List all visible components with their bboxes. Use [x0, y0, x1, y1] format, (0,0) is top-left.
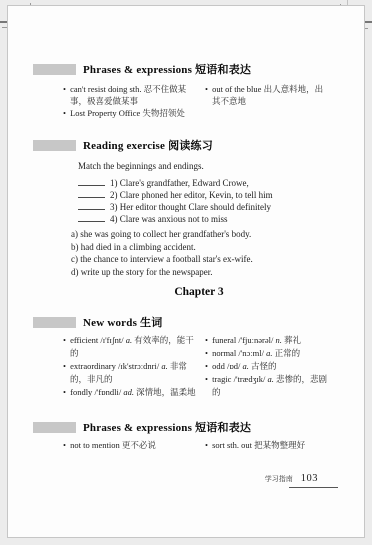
word-pos: a. [266, 348, 272, 358]
word-definition: 深情地，温柔地 [136, 387, 196, 397]
word-phonetic: /'trædʒɪk/ [234, 374, 266, 384]
word-phonetic: /'fjuːnərəl/ [238, 335, 273, 345]
phrase-zh: 失物招领处 [142, 108, 185, 118]
word-term: extraordinary [70, 361, 116, 371]
word-definition: 正常的 [275, 348, 301, 358]
word-definition: 葬礼 [284, 335, 301, 345]
section-title: Reading exercise阅读练习 [83, 137, 213, 153]
phrase-en: can't resist doing sth. [70, 84, 141, 94]
phrase-column-right: • out of the blue 出人意料地，出其不意地 [205, 83, 331, 119]
bullet-marker: • [63, 387, 66, 397]
section-title-en: New words [83, 317, 137, 329]
book-page: Phrases & expressions短语和表达 • can't resis… [7, 5, 365, 538]
bullet-marker: • [205, 335, 208, 345]
section-title-zh: 短语和表达 [195, 64, 251, 76]
footer-book-title: 学习指南 [265, 474, 293, 484]
bullet-marker: • [63, 335, 66, 345]
phrase-en: sort sth. out [212, 440, 252, 450]
match-beginning-row: 3) Her editor thought Clare should defin… [78, 201, 273, 213]
phrase-zh: 把某物整理好 [254, 440, 305, 450]
word-pos: a. [243, 361, 249, 371]
answer-blank [78, 189, 105, 198]
word-pos: a. [161, 361, 167, 371]
page-number: 103 [301, 473, 318, 484]
bullet-marker: • [205, 374, 208, 384]
word-column-left: • efficient /ɪ'fɪʃnt/ a. 有效率的，能干的 • extr… [63, 334, 197, 399]
phrase-column-left: • not to mention 更不必说 [63, 439, 197, 451]
answer-blank [78, 213, 105, 222]
word-pos: a. [126, 335, 132, 345]
phrase-zh: 更不必说 [122, 440, 156, 450]
section-title-zh: 生词 [140, 317, 162, 329]
match-ending-text: a) she was going to collect her grandfat… [71, 228, 253, 241]
section-title-en: Reading exercise [83, 140, 165, 152]
phrase-item: • not to mention 更不必说 [63, 439, 197, 451]
page-number-underline [289, 487, 338, 488]
word-phonetic: /ɪ'fɪʃnt/ [100, 335, 123, 345]
answer-blank [78, 177, 105, 186]
bullet-marker: • [63, 84, 66, 94]
section-title: Phrases & expressions短语和表达 [83, 61, 251, 77]
bullet-marker: • [205, 440, 208, 450]
section-heading-new-words: New words生词 [33, 314, 162, 330]
word-item: • odd /ɒd/ a. 古怪的 [205, 360, 331, 373]
match-ending-text: b) had died in a climbing accident. [71, 241, 253, 254]
word-pos: a. [267, 374, 273, 384]
word-phonetic: /ɪk'strɔːdnri/ [118, 361, 159, 371]
phrase-en: out of the blue [212, 84, 261, 94]
section-title: New words生词 [83, 314, 162, 330]
phrase-en: Lost Property Office [70, 108, 140, 118]
phrase-item: • sort sth. out 把某物整理好 [205, 439, 331, 451]
match-ending-text: d) write up the story for the newspaper. [71, 266, 253, 279]
bullet-marker: • [63, 440, 66, 450]
section-title-zh: 短语和表达 [195, 422, 251, 434]
word-term: tragic [212, 374, 231, 384]
match-beginnings-list: 1) Clare's grandfather, Edward Crowe, 2)… [78, 177, 273, 225]
word-term: efficient [70, 335, 98, 345]
word-phonetic: /'nɔːml/ [238, 348, 264, 358]
word-term: fondly [70, 387, 92, 397]
exercise-instruction: Match the beginnings and endings. [78, 161, 204, 171]
section-label-box [33, 422, 76, 433]
word-term: odd [212, 361, 225, 371]
phrase-item: • out of the blue 出人意料地，出其不意地 [205, 83, 331, 107]
match-beginning-text: 3) Her editor thought Clare should defin… [110, 202, 271, 212]
bullet-marker: • [205, 84, 208, 94]
section-label-box [33, 64, 76, 75]
phrase-list-2: • not to mention 更不必说 • sort sth. out 把某… [63, 439, 331, 451]
phrase-item: • can't resist doing sth. 忍不住做某事，极喜爱做某事 [63, 83, 197, 107]
match-ending-text: c) the chance to interview a football st… [71, 253, 253, 266]
word-phonetic: /'fɒndli/ [94, 387, 121, 397]
phrase-column-left: • can't resist doing sth. 忍不住做某事，极喜爱做某事 … [63, 83, 197, 119]
page-footer: 学习指南 103 [208, 473, 318, 484]
word-pos: ad. [123, 387, 134, 397]
word-term: funeral [212, 335, 236, 345]
new-words-list: • efficient /ɪ'fɪʃnt/ a. 有效率的，能干的 • extr… [63, 334, 331, 399]
section-heading-phrases-2: Phrases & expressions短语和表达 [33, 419, 251, 435]
phrase-list-1: • can't resist doing sth. 忍不住做某事，极喜爱做某事 … [63, 83, 331, 119]
section-label-box [33, 317, 76, 328]
phrase-column-right: • sort sth. out 把某物整理好 [205, 439, 331, 451]
word-term: normal [212, 348, 236, 358]
match-endings-list: a) she was going to collect her grandfat… [71, 228, 253, 278]
answer-blank [78, 201, 105, 210]
section-title-en: Phrases & expressions [83, 422, 192, 434]
match-beginning-row: 4) Clare was anxious not to miss [78, 213, 273, 225]
word-item: • extraordinary /ɪk'strɔːdnri/ a. 非常的，非凡… [63, 360, 197, 386]
section-label-box [33, 140, 76, 151]
bullet-marker: • [63, 361, 66, 371]
bullet-marker: • [205, 361, 208, 371]
word-phonetic: /ɒd/ [227, 361, 240, 371]
match-beginning-row: 2) Clare phoned her editor, Kevin, to te… [78, 189, 273, 201]
bullet-marker: • [205, 348, 208, 358]
section-title-zh: 阅读练习 [168, 140, 213, 152]
bullet-marker: • [63, 108, 66, 118]
section-title: Phrases & expressions短语和表达 [83, 419, 251, 435]
word-pos: n. [275, 335, 281, 345]
word-item: • efficient /ɪ'fɪʃnt/ a. 有效率的，能干的 [63, 334, 197, 360]
match-beginning-row: 1) Clare's grandfather, Edward Crowe, [78, 177, 273, 189]
section-heading-phrases-1: Phrases & expressions短语和表达 [33, 61, 251, 77]
word-item: • funeral /'fjuːnərəl/ n. 葬礼 [205, 334, 331, 347]
phrase-en: not to mention [70, 440, 120, 450]
word-item: • fondly /'fɒndli/ ad. 深情地，温柔地 [63, 386, 197, 399]
section-title-en: Phrases & expressions [83, 64, 192, 76]
word-item: • tragic /'trædʒɪk/ a. 悲惨的，悲剧的 [205, 373, 331, 399]
phrase-item: • Lost Property Office 失物招领处 [63, 107, 197, 119]
word-column-right: • funeral /'fjuːnərəl/ n. 葬礼 • normal /'… [205, 334, 331, 399]
section-heading-reading: Reading exercise阅读练习 [33, 137, 213, 153]
word-item: • normal /'nɔːml/ a. 正常的 [205, 347, 331, 360]
match-beginning-text: 4) Clare was anxious not to miss [110, 214, 228, 224]
word-definition: 古怪的 [251, 361, 277, 371]
match-beginning-text: 2) Clare phoned her editor, Kevin, to te… [110, 190, 273, 200]
match-beginning-text: 1) Clare's grandfather, Edward Crowe, [110, 178, 249, 188]
chapter-heading: Chapter 3 [63, 286, 335, 298]
